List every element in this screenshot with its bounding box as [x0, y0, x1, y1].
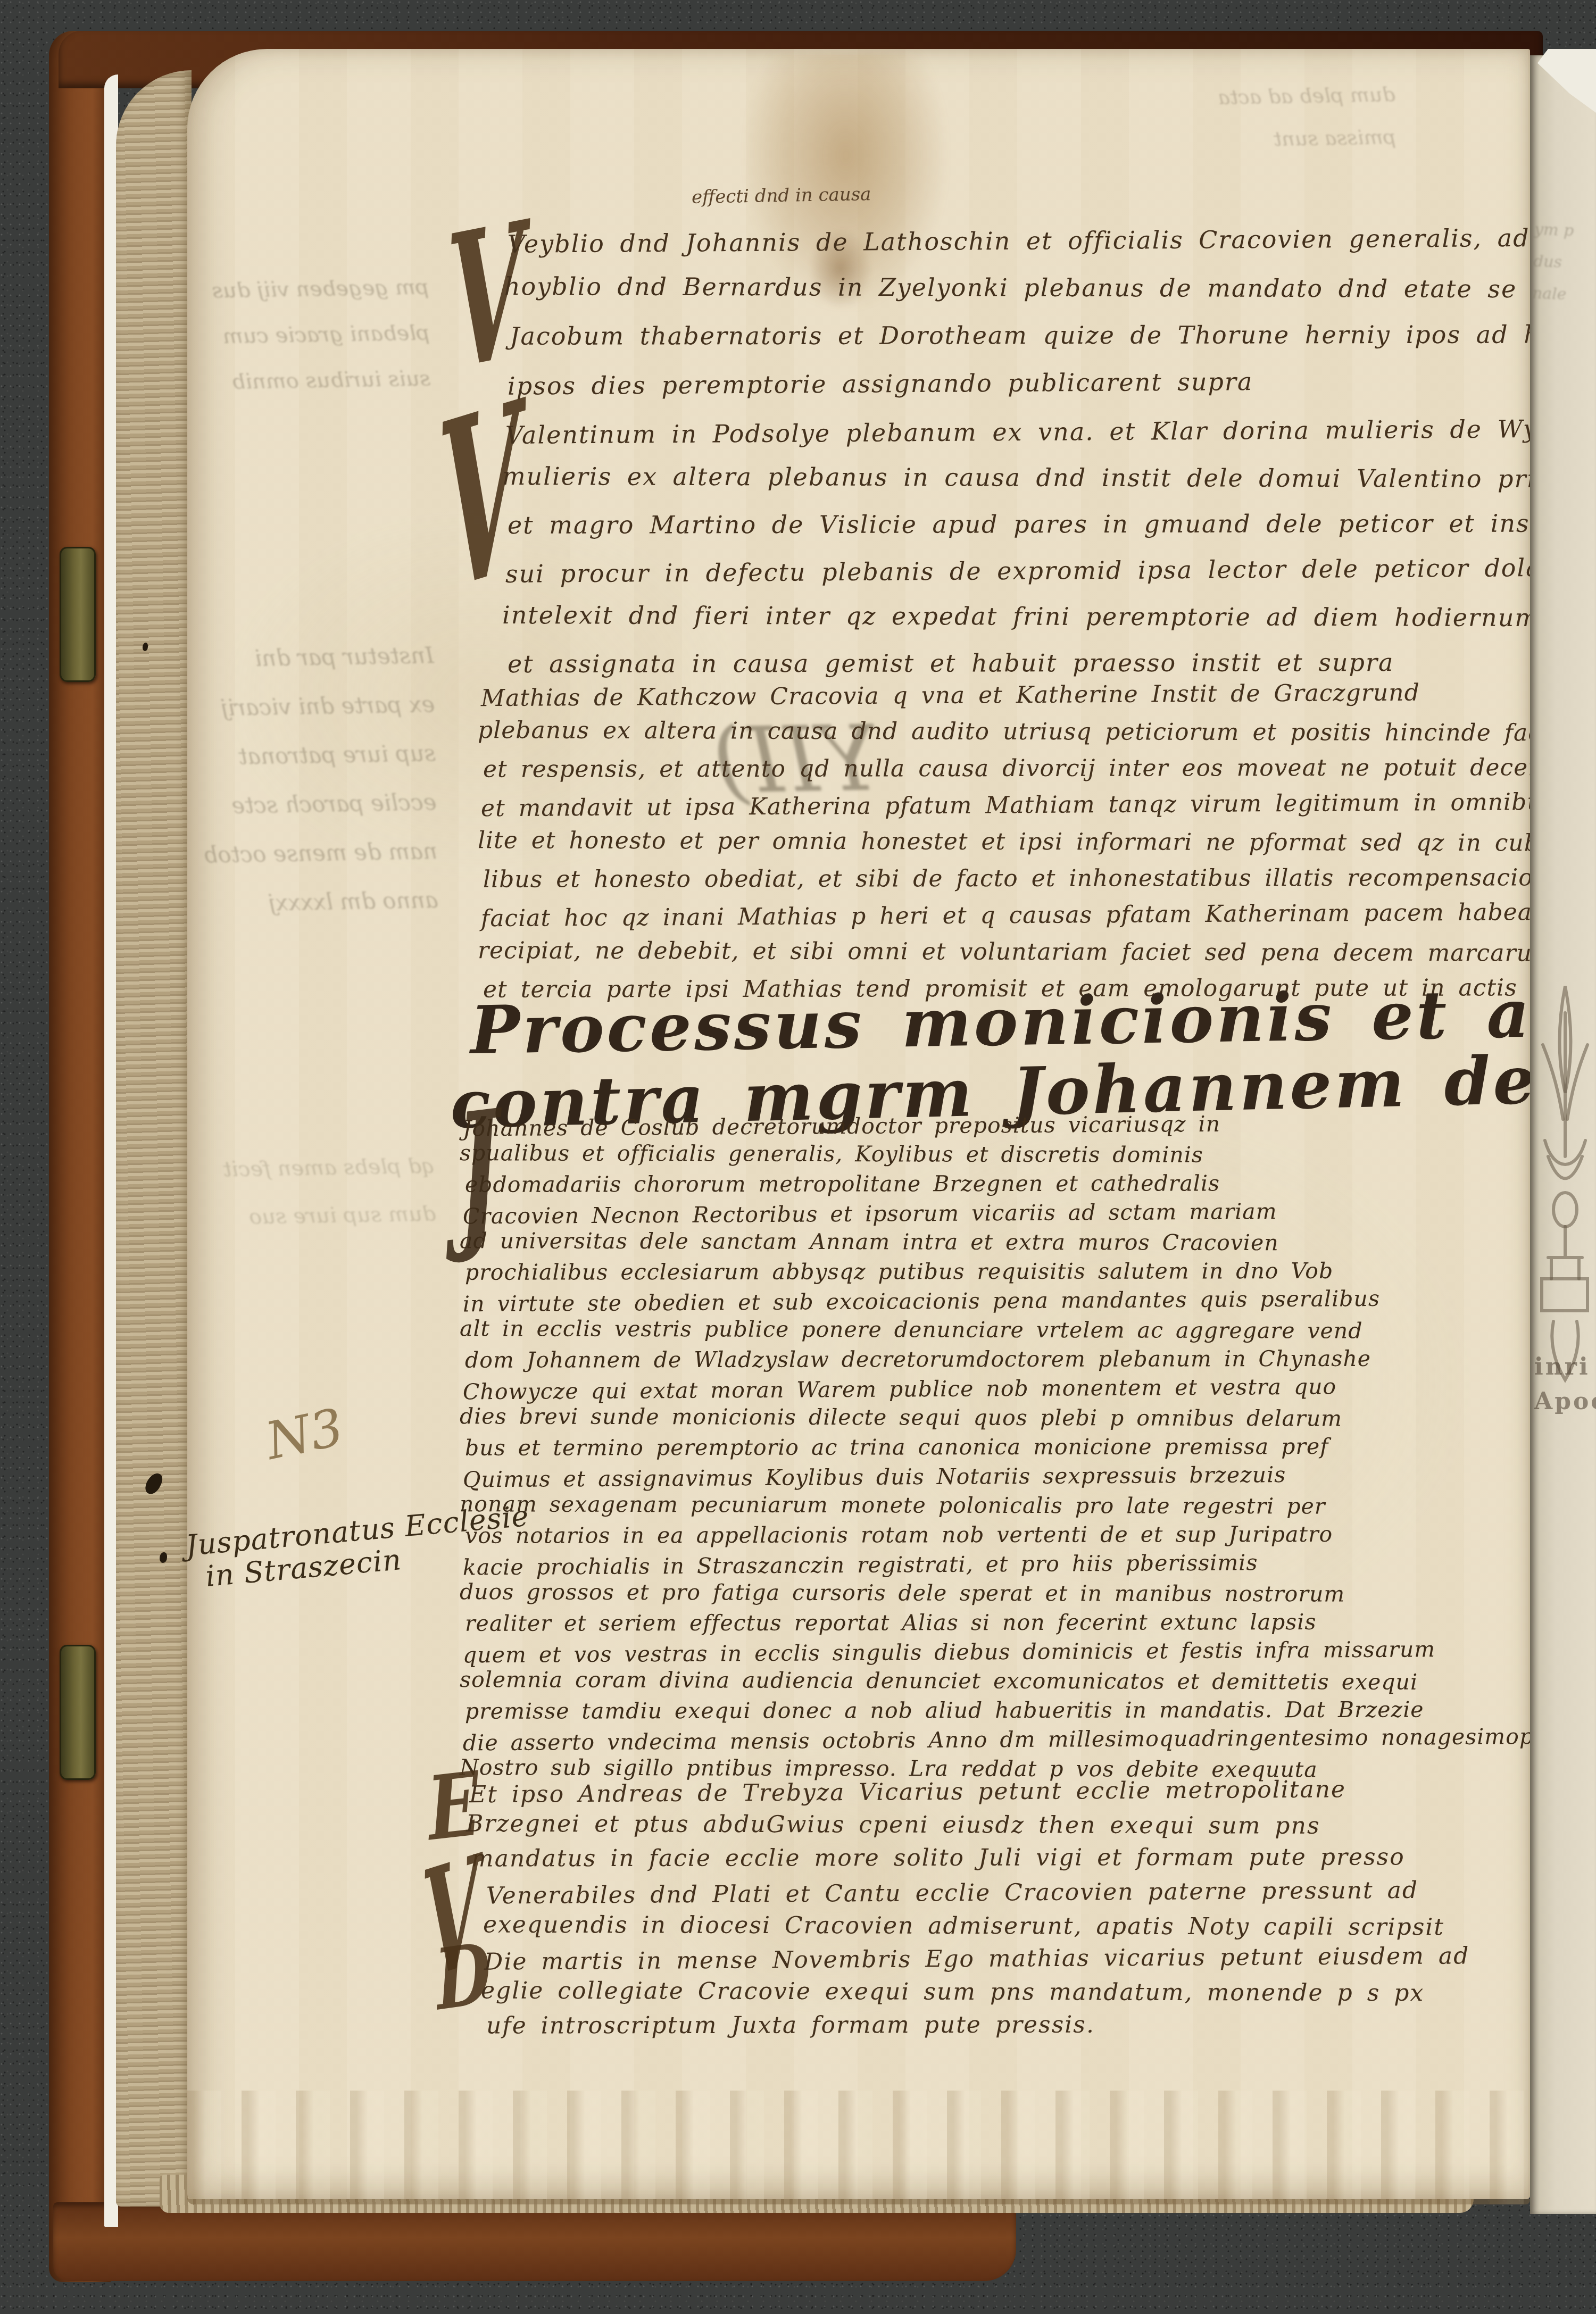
text-line: premisse tamdiu exequi donec a nob aliud… [465, 1695, 1589, 1726]
text-line: ad universitas dele sanctam Annam intra … [460, 1226, 1584, 1259]
text-line: plebanus ex altera in causa dnd audito u… [478, 712, 1581, 751]
text-line: plebani gracie cum [212, 310, 430, 359]
text-line: libus et honesto obediat, et sibi de fac… [483, 859, 1586, 898]
text-line: bus et termino peremptorio ac trina cano… [465, 1431, 1589, 1463]
text-line: duos grossos et pro fatiga cursoris dele… [460, 1577, 1584, 1610]
showthrough-text: dum pleb ad actapmissa sunt [1218, 73, 1396, 161]
text-line: Chowycze qui extat moran Warem publice n… [463, 1371, 1587, 1407]
interlinear-note: effecti dnd in causa [692, 184, 871, 208]
text-line: Mathias de Kathczow Cracovia q vna et Ka… [481, 673, 1584, 717]
page-block-left-edges [116, 70, 192, 2207]
text-line: sui procur in defectu plebanis de exprom… [505, 544, 1596, 597]
text-line: Brzegnei et ptus abduGwius cpeni eiusdz … [466, 1808, 1400, 1843]
text-line: spualibus et officialis generalis, Koyli… [460, 1138, 1584, 1171]
text-line: dus [1533, 246, 1596, 280]
execution-note-1: Et ipso Andreas de Trebyza Vicarius petu… [468, 1776, 1402, 1875]
text-line: die asserto vndecima mensis octobris Ann… [463, 1722, 1587, 1758]
text-line: vos notarios in ea appellacionis rotam n… [465, 1519, 1589, 1551]
text-line: et magro Martino de Vislicie apud pares … [508, 500, 1596, 548]
paragraph-3: Mathias de Kathczow Cracovia q vna et Ka… [480, 677, 1583, 1007]
text-line: Veyblio dnd Johannis de Lathoschin et of… [508, 213, 1596, 268]
text-line: Jacobum thabernatoris et Dorotheam quize… [510, 311, 1596, 360]
text-line: Quimus et assignavimus Koylibus duis Not… [463, 1459, 1587, 1495]
leaf-gothic-text-2: Apoc [1534, 1388, 1596, 1415]
text-line: alt in ecclis vestris publice ponere den… [460, 1314, 1584, 1346]
text-line: anno dm lxxxxj [204, 876, 438, 929]
text-line: pmissa sunt [1218, 115, 1396, 161]
text-line: sup iure patronat [201, 729, 436, 782]
text-line: Cracovien Necnon Rectoribus et ipsorum v… [463, 1195, 1587, 1231]
text-line: et respensis, et attento qd nulla causa … [483, 749, 1586, 788]
text-line: ufe introscriptum Juxta formam pute pres… [486, 2008, 1472, 2042]
text-line: ipsos dies peremptorie assignando public… [508, 355, 1596, 410]
text-line: faciat hoc qz inani Mathias p heri et q … [481, 894, 1584, 937]
leaf-faint-script: ym pdusnale [1532, 214, 1596, 312]
marginal-ornament-drawing [1532, 981, 1595, 1385]
text-line: dom Johannem de Wladzyslaw decretorumdoc… [465, 1344, 1589, 1375]
paragraph-2: Valentinum in Podsolye plebanum ex vna. … [504, 409, 1596, 686]
text-line: Johannes de Coslub decretorumdoctor prep… [463, 1108, 1587, 1144]
text-line: realiter et seriem effectus reportat Ali… [465, 1607, 1589, 1638]
text-line: pm gegeben viij dus [212, 264, 429, 313]
text-line: solemnia coram divina audiencia denuncie… [460, 1665, 1584, 1697]
text-line: mulieris ex altera plebanus in causa dnd… [502, 453, 1596, 503]
brass-clasp-lower [60, 1645, 96, 1780]
text-line: intelexit dnd fieri inter qz expedat fri… [502, 592, 1596, 642]
text-line: in virtute ste obedien et sub excoicacio… [463, 1283, 1587, 1319]
text-line: ebdomadariis chororum metropolitane Brze… [465, 1168, 1589, 1200]
text-line: ym p [1534, 214, 1596, 248]
text-line: Et ipso Andreas de Trebyza Vicarius petu… [469, 1773, 1403, 1812]
adjacent-leaf-edge: ym pdusnale inri Apoc [1530, 55, 1596, 2214]
manuscript-photo: pm gegeben viij dusplebani gracie cumsui… [0, 0, 1596, 2314]
text-line: quem et vos vestras in ecclis singulis d… [463, 1634, 1587, 1670]
text-line: nam de mense octob [203, 827, 438, 880]
text-line: hoyblio dnd Bernardus in Zyelyonki pleba… [504, 263, 1596, 313]
paragraph-1: Veyblio dnd Johannis de Lathoschin et of… [506, 217, 1596, 406]
text-line: Valentinum in Podsolye plebanum ex vna. … [505, 405, 1596, 459]
text-line: Instetur par dni [199, 631, 434, 684]
text-line: Die martis in mense Novembris Ego mathia… [484, 1940, 1470, 1978]
leather-cover-bottom-edge [53, 2202, 1016, 2281]
text-line: suis iuribus omnib [213, 355, 431, 405]
text-line: dum pleb ad acta [1218, 73, 1396, 119]
text-line: et mandavit ut ipsa Katherina pfatum Mat… [481, 784, 1584, 827]
text-line: kacie prochialis in Straszanczin registr… [463, 1546, 1587, 1583]
text-line: lite et honesto et per omnia honestet et… [478, 822, 1581, 861]
text-line: exequendis in diocesi Cracovien admiseru… [483, 1909, 1444, 1944]
showthrough-text: Instetur par dniex parte dni vicarijsup … [199, 631, 438, 929]
text-line: ecclie paroch scte [202, 778, 437, 831]
brass-clasp-upper [60, 547, 96, 682]
showthrough-text: qd plebs amen fecitdum sup iure suo [222, 1142, 436, 1242]
torn-corner [1537, 49, 1596, 113]
text-line: nonam sexagenam pecuniarum monete poloni… [460, 1489, 1584, 1522]
showthrough-text: pm gegeben viij dusplebani gracie cumsui… [212, 264, 431, 405]
text-line: dies brevi sunde monicionis dilecte sequ… [460, 1402, 1584, 1434]
execution-note-2: Venerabiles dnd Plati et Cantu ecclie Cr… [485, 1877, 1447, 1943]
text-line: dum sup iure suo [223, 1190, 436, 1242]
text-line: eglie collegiate Cracovie exequi sum pns… [481, 1975, 1466, 2010]
text-line: recipiat, ne debebit, et sibi omni et vo… [478, 932, 1581, 971]
text-line: Venerabiles dnd Plati et Cantu ecclie Cr… [486, 1874, 1448, 1912]
text-line: qd plebs amen fecit [222, 1142, 435, 1194]
leaf-gothic-text-1: inri [1534, 1353, 1590, 1380]
text-line: mandatus in facie ecclie more solito Jul… [471, 1841, 1405, 1875]
execution-note-3: Die martis in mense Novembris Ego mathia… [483, 1943, 1468, 2042]
text-line: prochialibus ecclesiarum abbysqz putibus… [465, 1256, 1589, 1287]
leather-cover-left-edge [49, 31, 111, 2282]
page-bottom-cockling [187, 2091, 1530, 2204]
text-line: nale [1532, 278, 1596, 312]
text-line: ex parte dni vicarij [201, 680, 435, 733]
mandate-paragraph: Johannes de Coslub decretorumdoctor prep… [462, 1111, 1586, 1784]
